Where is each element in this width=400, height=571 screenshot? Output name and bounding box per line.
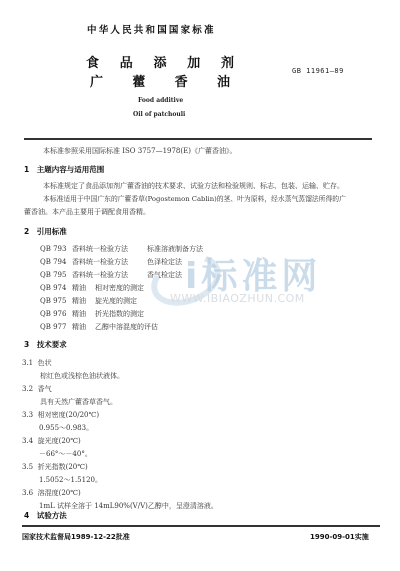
reference-item: QB 793香料统一检验方法标准溶液制备方法 xyxy=(40,244,203,254)
section2-heading: 2 引用标准 xyxy=(24,226,67,237)
req-num: 3.4 xyxy=(22,437,33,445)
reference-item: QB 977精油乙醇中溶混度的评估 xyxy=(40,322,158,332)
requirement-value: 0.955～0.983。 xyxy=(39,423,93,433)
ref-code: QB 795 xyxy=(40,271,72,279)
national-standard-title: 中华人民共和国国家标准 xyxy=(87,22,216,36)
req-label: 折光指数(20℃) xyxy=(38,463,88,471)
requirement-label: 3.2 香气 xyxy=(22,384,52,394)
ref-category: 香料统一检验方法 xyxy=(72,270,147,280)
req-num: 3.1 xyxy=(22,359,33,367)
ref-title: 旋光度的测定 xyxy=(95,297,137,305)
req-label: 香气 xyxy=(38,385,52,393)
ref-code: QB 793 xyxy=(40,245,72,253)
req-label: 色状 xyxy=(38,359,52,367)
ref-category: 精油 xyxy=(72,309,95,319)
section3-heading: 3 技术要求 xyxy=(24,339,67,350)
watermark-url: WWW.IBIAOZHUN.COM xyxy=(170,292,305,305)
effective-date: 1990-09-01实施 xyxy=(310,532,369,542)
ref-title: 乙醇中溶混度的评估 xyxy=(95,323,158,331)
reference-item: QB 794香料统一检验方法色泽检定法 xyxy=(40,257,182,267)
req-num: 3.2 xyxy=(22,385,33,393)
english-title-line1: Food additive xyxy=(138,97,183,104)
ref-title: 标准溶液制备方法 xyxy=(147,245,203,253)
req-num: 3.6 xyxy=(22,489,33,497)
ref-code: QB 976 xyxy=(40,310,72,318)
title-char: 广 xyxy=(90,71,103,90)
ref-title: 色泽检定法 xyxy=(147,258,182,266)
requirement-value: 棕红色或浅棕色油状液体。 xyxy=(40,371,124,381)
ref-title: 折光指数的测定 xyxy=(95,310,144,318)
ref-category: 精油 xyxy=(72,283,95,293)
req-label: 相对密度(20/20℃) xyxy=(38,411,99,419)
section1-para1: 本标准规定了食品添加剂广藿香油的技术要求、试验方法和检验规则、标志、包装、运输、… xyxy=(43,181,344,191)
section1-para2-line2: 藿香油。本产品主要用于调配食用香精。 xyxy=(24,207,150,217)
requirement-label: 3.4 旋光度(20℃) xyxy=(22,436,81,446)
requirement-value: －66°～－40°。 xyxy=(39,449,92,459)
title-char: 香 xyxy=(175,71,188,90)
requirement-value: 具有天然广藿香草香气。 xyxy=(40,397,117,407)
title-char: 添 xyxy=(153,52,166,71)
ref-code: QB 974 xyxy=(40,284,72,292)
ref-code: QB 975 xyxy=(40,297,72,305)
title-char: 品 xyxy=(120,52,133,71)
ref-category: 精油 xyxy=(72,322,95,332)
standard-code: GB 11961—89 xyxy=(292,67,344,75)
doc-title-line1: 食 品 添 加 剂 xyxy=(86,52,234,71)
reference-item: QB 974精油相对密度的测定 xyxy=(40,283,144,293)
doc-title-line2: 广 藿 香 油 xyxy=(90,71,230,90)
intro-text: 本标准参照采用国际标准 ISO 3757—1978(E)《广藿香油》。 xyxy=(43,146,236,156)
approval-date: 国家技术监督局1989-12-22批准 xyxy=(22,532,130,542)
bottom-divider xyxy=(22,525,380,527)
requirement-label: 3.1 色状 xyxy=(22,358,52,368)
title-char: 剂 xyxy=(221,52,234,71)
ref-code: QB 794 xyxy=(40,258,72,266)
ref-title: 香气检定法 xyxy=(147,271,182,279)
section1-heading: 1 主题内容与适用范围 xyxy=(24,164,104,175)
ref-code: QB 977 xyxy=(40,323,72,331)
requirement-label: 3.5 折光指数(20℃) xyxy=(22,462,88,472)
title-char: 食 xyxy=(86,52,99,71)
req-label: 溶混度(20℃) xyxy=(38,489,81,497)
ref-title: 相对密度的测定 xyxy=(95,284,144,292)
requirement-label: 3.6 溶混度(20℃) xyxy=(22,488,81,498)
title-char: 藿 xyxy=(132,71,145,90)
reference-item: QB 795香料统一检验方法香气检定法 xyxy=(40,270,182,280)
section1-para2-line1: 本标准适用于中国广东的广藿香草(Pogostemon Cablin)的茎、叶为原… xyxy=(43,193,346,203)
section4-heading: 4 试验方法 xyxy=(24,510,67,521)
reference-item: QB 976精油折光指数的测定 xyxy=(40,309,144,319)
title-char: 油 xyxy=(217,71,230,90)
req-num: 3.3 xyxy=(22,411,33,419)
english-title-line2: Oil of patchouli xyxy=(133,111,185,118)
req-num: 3.5 xyxy=(22,463,33,471)
title-char: 加 xyxy=(187,52,200,71)
top-divider xyxy=(24,138,372,140)
ref-category: 香料统一检验方法 xyxy=(72,244,147,254)
ref-category: 精油 xyxy=(72,296,95,306)
reference-item: QB 975精油旋光度的测定 xyxy=(40,296,137,306)
ref-category: 香料统一检验方法 xyxy=(72,257,147,267)
requirement-value: 1.5052～1.5120。 xyxy=(39,475,102,485)
req-label: 旋光度(20℃) xyxy=(38,437,81,445)
requirement-label: 3.3 相对密度(20/20℃) xyxy=(22,410,99,420)
